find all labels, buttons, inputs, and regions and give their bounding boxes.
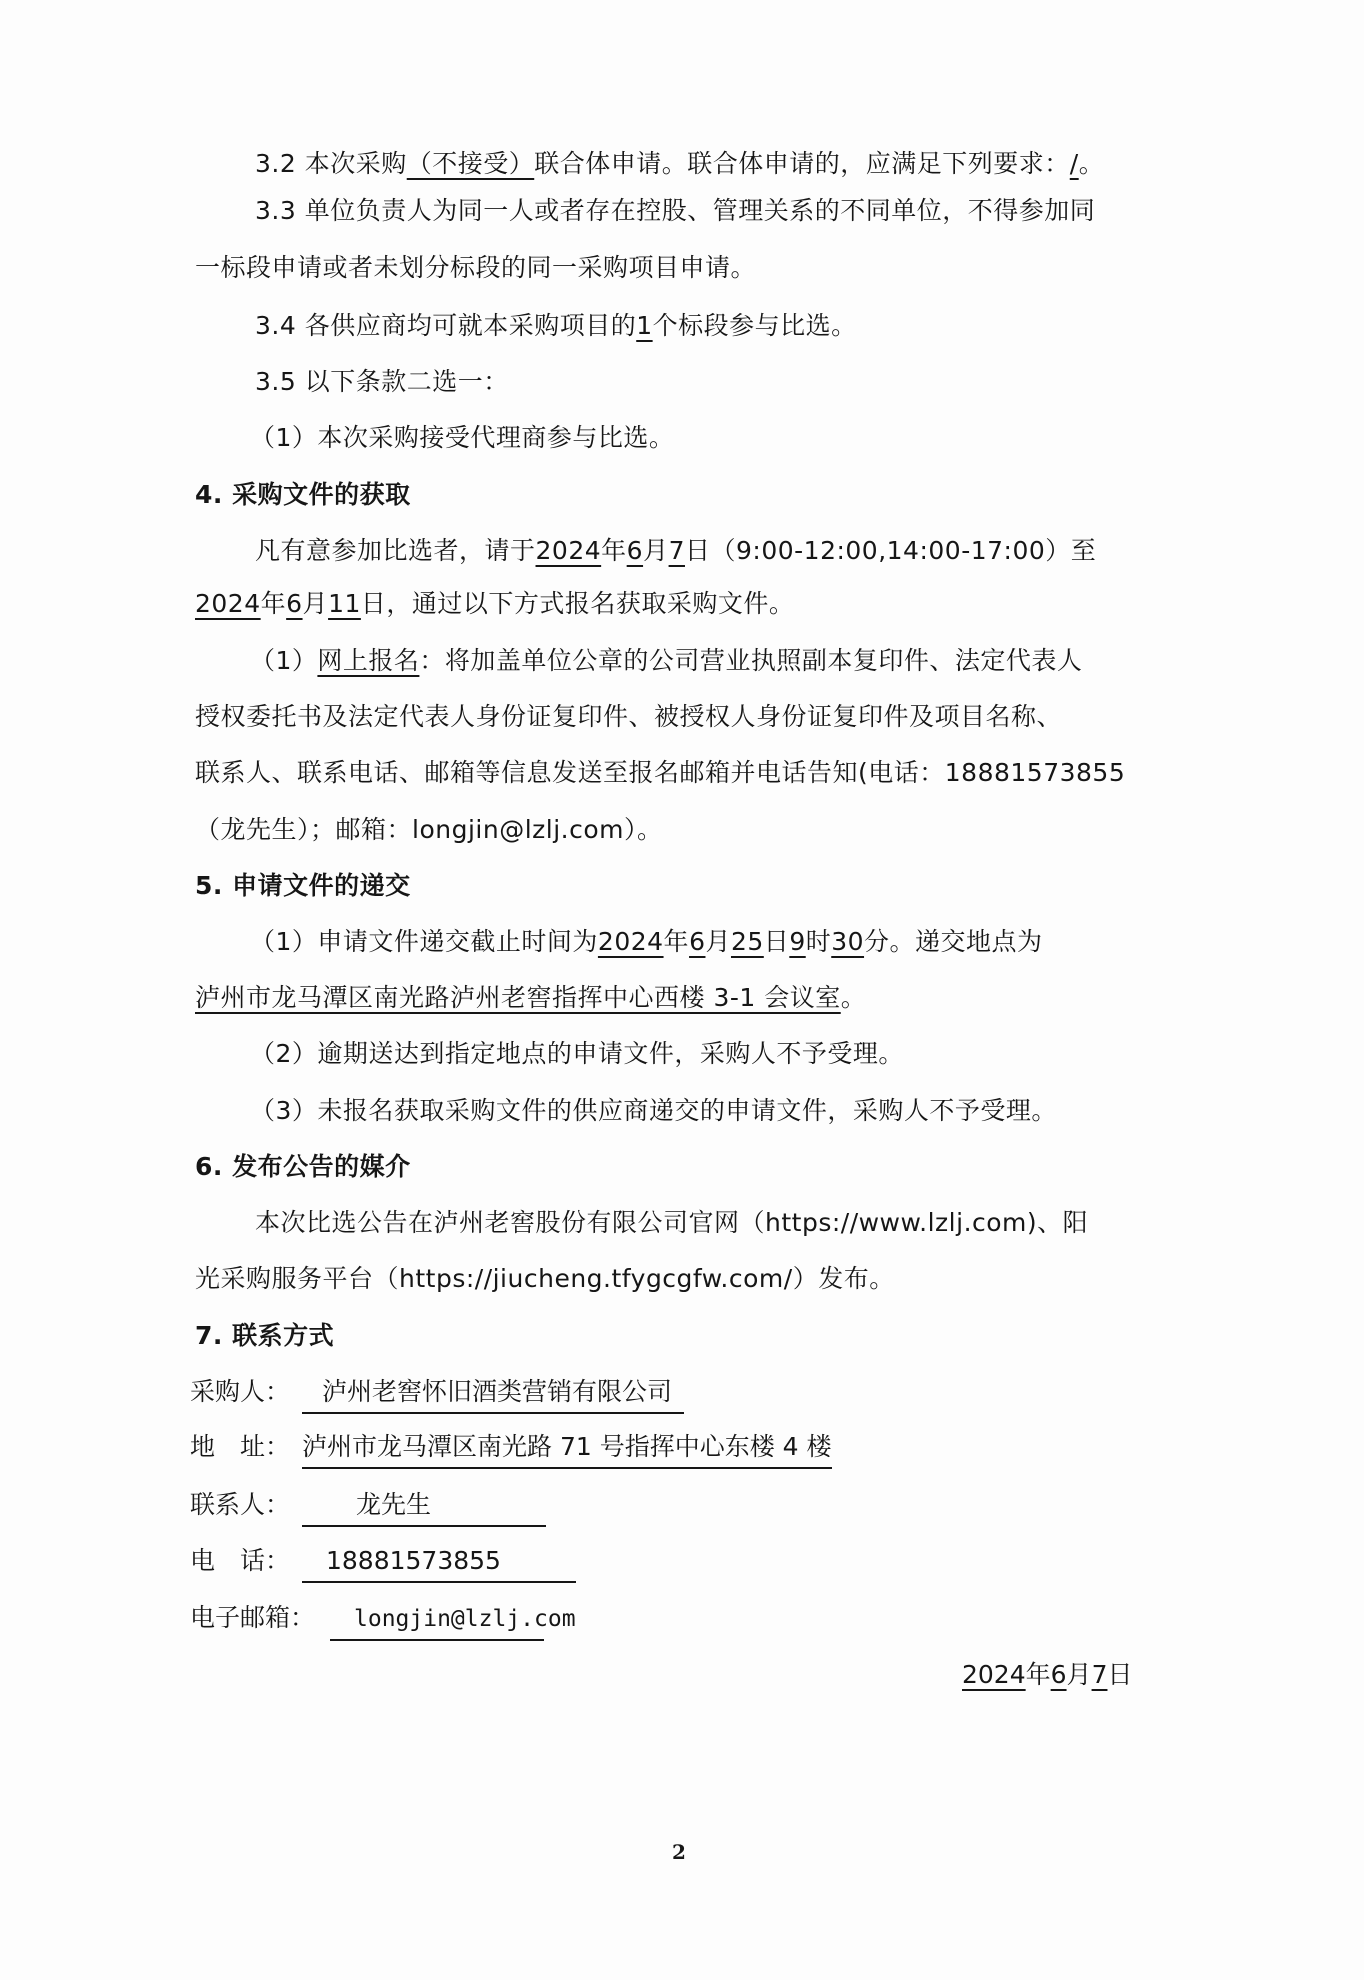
text: 凡有意参加比选者，请于 <box>255 536 536 565</box>
clause-text: 3.4 各供应商均可就本采购项目的 <box>255 311 636 340</box>
text: 月 <box>303 589 329 618</box>
text: 分。递交地点为 <box>864 927 1043 956</box>
contact-value: 泸州老窖怀旧酒类营销有限公司 <box>302 1374 684 1414</box>
section-6-heading: 6. 发布公告的媒介 <box>195 1149 1165 1185</box>
slash-mark: / <box>1070 149 1079 178</box>
section-4-heading: 4. 采购文件的获取 <box>195 477 1165 513</box>
deadline-day: 25 <box>731 927 764 956</box>
start-month: 6 <box>627 536 643 565</box>
section-5-item2: （2）逾期送达到指定地点的申请文件，采购人不予受理。 <box>250 1036 1220 1072</box>
contact-value: 龙先生 <box>302 1487 546 1527</box>
clause-3-4: 3.4 各供应商均可就本采购项目的1个标段参与比选。 <box>255 308 1225 344</box>
section-4-line2: 2024年6月11日，通过以下方式报名获取采购文件。 <box>195 586 1165 622</box>
section-5-item3: （3）未报名获取采购文件的供应商递交的申请文件，采购人不予受理。 <box>250 1093 1220 1129</box>
clause-3-3-line2: 一标段申请或者未划分标段的同一采购项目申请。 <box>195 250 1165 286</box>
text: 。 <box>841 983 867 1012</box>
location-text: 泸州市龙马潭区南光路泸州老窖指挥中心西楼 3-1 会议室 <box>195 983 841 1012</box>
contact-value: 18881573855 <box>302 1543 576 1583</box>
section-5-heading: 5. 申请文件的递交 <box>195 868 1165 904</box>
contact-email: 电子邮箱：longjin@lzlj.com <box>190 1600 544 1641</box>
text: 年 <box>1026 1660 1051 1689</box>
contact-address: 地 址：泸州市龙马潭区南光路 71 号指挥中心东楼 4 楼 <box>190 1429 832 1469</box>
contact-value: longjin@lzlj.com <box>330 1601 544 1641</box>
clause-text: 个标段参与比选。 <box>653 311 857 340</box>
contact-label: 电 话： <box>190 1543 302 1579</box>
text: 月 <box>643 536 669 565</box>
contact-label: 地 址： <box>190 1429 302 1465</box>
text: 年 <box>664 927 690 956</box>
text: ：将加盖单位公章的公司营业执照副本复印件、法定代表人 <box>419 646 1082 675</box>
clause-text: 。 <box>1079 149 1105 178</box>
text: 年 <box>601 536 627 565</box>
text: 日 <box>685 536 711 565</box>
deadline-month: 6 <box>689 927 705 956</box>
text: 时 <box>806 927 832 956</box>
deadline-hour: 9 <box>789 927 805 956</box>
deadline-minute: 30 <box>831 927 864 956</box>
section-6-line2: 光采购服务平台（https://jiucheng.tfygcgfw.com/）发… <box>195 1261 1165 1297</box>
date-month: 6 <box>1051 1660 1067 1689</box>
underlined-choice: （不接受） <box>407 149 535 178</box>
contact-label: 采购人： <box>190 1374 302 1410</box>
online-registration-label: 网上报名 <box>317 646 419 675</box>
contact-purchaser: 采购人：泸州老窖怀旧酒类营销有限公司 <box>190 1374 684 1414</box>
start-year: 2024 <box>536 536 602 565</box>
online-registration-line2: 授权委托书及法定代表人身份证复印件、被授权人身份证复印件及项目名称、 <box>195 699 1165 735</box>
submission-location: 泸州市龙马潭区南光路泸州老窖指挥中心西楼 3-1 会议室。 <box>195 980 1165 1016</box>
text: 月 <box>1067 1660 1092 1689</box>
contact-person: 联系人：龙先生 <box>190 1487 546 1527</box>
section-4-line1: 凡有意参加比选者，请于2024年6月7日（9:00-12:00,14:00-17… <box>255 533 1225 569</box>
text: 月 <box>705 927 731 956</box>
online-registration-line3: 联系人、联系电话、邮箱等信息发送至报名邮箱并电话告知(电话：1888157385… <box>195 755 1165 791</box>
online-registration-line4: （龙先生）；邮箱：longjin@lzlj.com）。 <box>195 812 1165 848</box>
clause-text: 3.2 本次采购 <box>255 149 407 178</box>
contact-value: 泸州市龙马潭区南光路 71 号指挥中心东楼 4 楼 <box>302 1429 832 1469</box>
date-year: 2024 <box>962 1660 1026 1689</box>
contact-label: 联系人： <box>190 1487 302 1523</box>
text: 年 <box>261 589 287 618</box>
text: 日 <box>361 589 387 618</box>
lot-count: 1 <box>636 311 652 340</box>
text: 日 <box>764 927 790 956</box>
start-day: 7 <box>669 536 685 565</box>
office-hours: （9:00-12:00,14:00-17:00）至 <box>711 536 1097 565</box>
date-day: 7 <box>1092 1660 1108 1689</box>
document-page: 3.2 本次采购（不接受）联合体申请。联合体申请的，应满足下列要求：/。 3.3… <box>0 0 1364 1980</box>
section-6-line1: 本次比选公告在泸州老窖股份有限公司官网（https://www.lzlj.com… <box>255 1205 1225 1241</box>
clause-text: 联合体申请。联合体申请的，应满足下列要求： <box>534 149 1070 178</box>
end-day: 11 <box>328 589 361 618</box>
contact-phone: 电 话：18881573855 <box>190 1543 576 1583</box>
signature-date: 2024年6月7日 <box>962 1657 1132 1693</box>
section-7-heading: 7. 联系方式 <box>195 1318 1165 1354</box>
clause-3-3-line1: 3.3 单位负责人为同一人或者存在控股、管理关系的不同单位，不得参加同 <box>255 193 1225 229</box>
clause-3-5-option-1: （1）本次采购接受代理商参与比选。 <box>250 420 1220 456</box>
clause-3-5: 3.5 以下条款二选一： <box>255 364 1225 400</box>
end-month: 6 <box>286 589 302 618</box>
text: （1）申请文件递交截止时间为 <box>250 927 598 956</box>
end-year: 2024 <box>195 589 261 618</box>
clause-3-2: 3.2 本次采购（不接受）联合体申请。联合体申请的，应满足下列要求：/。 <box>255 146 1225 182</box>
page-number: 2 <box>672 1840 686 1864</box>
section-5-item1: （1）申请文件递交截止时间为2024年6月25日9时30分。递交地点为 <box>250 924 1220 960</box>
online-registration-line1: （1）网上报名：将加盖单位公章的公司营业执照副本复印件、法定代表人 <box>250 643 1220 679</box>
text: 日 <box>1107 1660 1132 1689</box>
text: ，通过以下方式报名获取采购文件。 <box>386 589 794 618</box>
deadline-year: 2024 <box>598 927 664 956</box>
text: （1） <box>250 646 317 675</box>
contact-label: 电子邮箱： <box>190 1600 330 1636</box>
